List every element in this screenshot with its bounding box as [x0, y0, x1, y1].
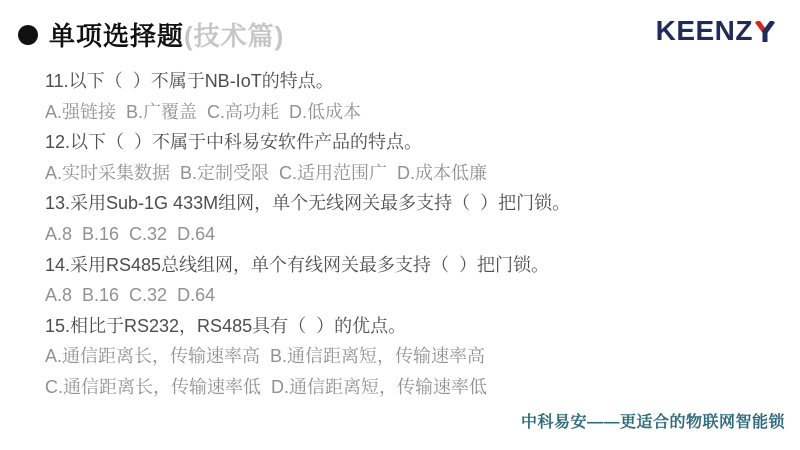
page-title: 单项选择题(技术篇) — [49, 16, 284, 53]
question-11-text: 11.以下（ ）不属于NB-IoT的特点。 — [45, 66, 780, 97]
question-12-text: 12.以下（ ）不属于中科易安软件产品的特点。 — [45, 127, 780, 158]
quiz-slide: 单项选择题(技术篇) KEENZ 11.以下（ ）不属于NB-IoT的特点。 A… — [0, 0, 800, 450]
page-title-suffix: (技术篇) — [184, 21, 284, 51]
logo-text: KEENZ — [656, 17, 753, 45]
question-14-options: A.8 B.16 C.32 D.64 — [45, 280, 780, 311]
question-15-text: 15.相比于RS232，RS485具有（ ）的优点。 — [45, 311, 780, 342]
question-13-text: 13.采用Sub-1G 433M组网，单个无线网关最多支持（ ）把门锁。 — [45, 188, 780, 219]
question-14-text: 14.采用RS485总线组网，单个有线网关最多支持（ ）把门锁。 — [45, 250, 780, 281]
footer-slogan: 中科易安——更适合的物联网智能锁 — [521, 409, 785, 432]
logo-letter-y-icon — [754, 21, 776, 42]
question-list: 11.以下（ ）不属于NB-IoT的特点。 A.强链接 B.广覆盖 C.高功耗 … — [45, 66, 780, 403]
page-title-main: 单项选择题 — [49, 21, 184, 51]
question-11-options: A.强链接 B.广覆盖 C.高功耗 D.低成本 — [45, 97, 780, 128]
keenzy-logo: KEENZ — [656, 17, 776, 45]
bullet-icon — [18, 25, 38, 45]
slide-header: 单项选择题(技术篇) — [18, 16, 284, 53]
question-13-options: A.8 B.16 C.32 D.64 — [45, 219, 780, 250]
question-15-options-cd: C.通信距离长，传输速率低 D.通信距离短，传输速率低 — [45, 372, 780, 403]
question-12-options: A.实时采集数据 B.定制受限 C.适用范围广 D.成本低廉 — [45, 158, 780, 189]
question-15-options-ab: A.通信距离长，传输速率高 B.通信距离短，传输速率高 — [45, 341, 780, 372]
